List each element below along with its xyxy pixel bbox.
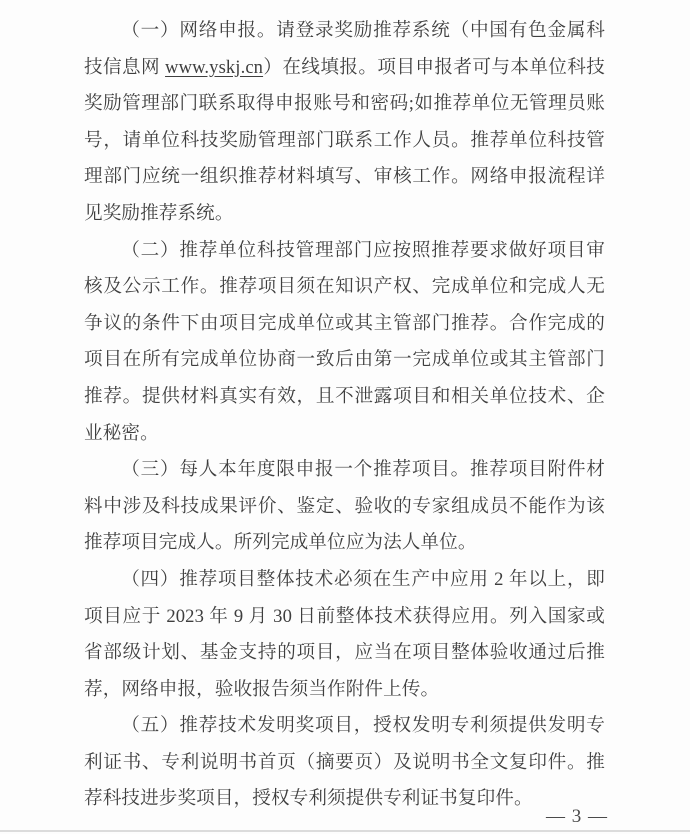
- paragraph-1-network-application: （一）网络申报。请登录奖励推荐系统（中国有色金属科技信息网 www.yskj.c…: [84, 13, 605, 233]
- paragraph-3-annual-limit: （三）每人本年度限申报一个推荐项目。推荐项目附件材料中涉及科技成果评价、鉴定、验…: [84, 452, 605, 562]
- page-bottom-edge-line: [0, 830, 690, 832]
- paragraph-1-text-after-url: ）在线填报。项目申报者可与本单位科技奖励管理部门联系取得申报账号和密码;如推荐单…: [84, 57, 605, 224]
- url-link[interactable]: www.yskj.cn: [165, 57, 263, 78]
- paragraph-2-review-publicity: （二）推荐单位科技管理部门应按照推荐要求做好项目审核及公示工作。推荐项目须在知识…: [84, 233, 605, 453]
- document-body: （一）网络申报。请登录奖励推荐系统（中国有色金属科技信息网 www.yskj.c…: [84, 13, 605, 818]
- paragraph-5-patent-documents: （五）推荐技术发明奖项目，授权发明专利须提供发明专利证书、专利说明书首页（摘要页…: [84, 708, 605, 818]
- document-page: （一）网络申报。请登录奖励推荐系统（中国有色金属科技信息网 www.yskj.c…: [0, 0, 690, 834]
- paragraph-4-application-period: （四）推荐项目整体技术必须在生产中应用 2 年以上，即项目应于 2023 年 9…: [84, 562, 605, 708]
- page-number: — 3 —: [546, 806, 608, 828]
